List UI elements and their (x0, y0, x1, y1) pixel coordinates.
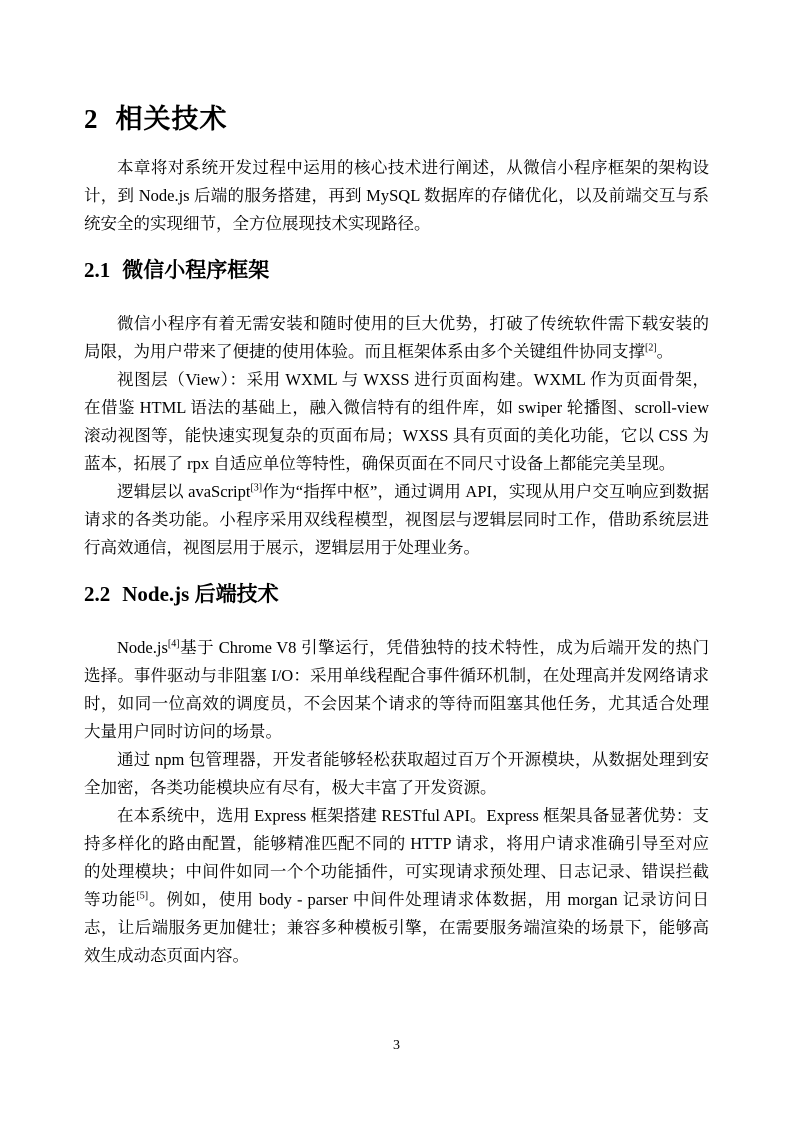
chapter-heading: 2相关技术 (84, 0, 709, 138)
paragraph-text: Node.js (117, 638, 168, 657)
page-number: 3 (0, 1038, 793, 1054)
paragraph-text: 通过 npm 包管理器，开发者能够轻松获取超过百万个开源模块，从数据处理到安全加… (84, 750, 709, 797)
paragraph-text: 逻辑层以 avaScript (117, 482, 250, 501)
section-number: 2.2 (84, 582, 110, 606)
citation-reference: [3] (250, 483, 262, 494)
paragraph: 视图层（View）：采用 WXML 与 WXSS 进行页面构建。WXML 作为页… (84, 366, 709, 478)
citation-reference: [5] (136, 891, 148, 902)
paragraph: 在本系统中，选用 Express 框架搭建 RESTful API。Expres… (84, 802, 709, 970)
paragraph-text: 视图层（View）：采用 WXML 与 WXSS 进行页面构建。WXML 作为页… (84, 370, 709, 473)
paragraph: Node.js[4]基于 Chrome V8 引擎运行，凭借独特的技术特性，成为… (84, 634, 709, 746)
section-title: 微信小程序框架 (122, 258, 269, 282)
section-heading-2-2: 2.2Node.js 后端技术 (84, 579, 709, 609)
citation-reference: [4] (168, 639, 180, 650)
paragraph-text: 。 (657, 342, 674, 361)
paragraph: 逻辑层以 avaScript[3]作为“指挥中枢”，通过调用 API，实现从用户… (84, 478, 709, 562)
chapter-intro-paragraph: 本章将对系统开发过程中运用的核心技术进行阐述，从微信小程序框架的架构设计，到 N… (84, 154, 709, 238)
section-number: 2.1 (84, 258, 110, 282)
paragraph: 通过 npm 包管理器，开发者能够轻松获取超过百万个开源模块，从数据处理到安全加… (84, 746, 709, 802)
document-page: 2相关技术 本章将对系统开发过程中运用的核心技术进行阐述，从微信小程序框架的架构… (0, 0, 793, 1122)
section-title: Node.js 后端技术 (122, 582, 278, 606)
chapter-title: 相关技术 (116, 104, 228, 134)
citation-reference: [2] (645, 343, 657, 354)
paragraph: 微信小程序有着无需安装和随时使用的巨大优势，打破了传统软件需下载安装的局限，为用… (84, 310, 709, 366)
paragraph-text: 。例如，使用 body - parser 中间件处理请求体数据，用 morgan… (84, 890, 709, 965)
section-heading-2-1: 2.1微信小程序框架 (84, 255, 709, 285)
paragraph-text: 基于 Chrome V8 引擎运行，凭借独特的技术特性，成为后端开发的热门选择。… (84, 638, 709, 741)
chapter-number: 2 (84, 104, 99, 134)
page-content: 2相关技术 本章将对系统开发过程中运用的核心技术进行阐述，从微信小程序框架的架构… (84, 0, 709, 970)
paragraph-text: 微信小程序有着无需安装和随时使用的巨大优势，打破了传统软件需下载安装的局限，为用… (84, 314, 709, 361)
